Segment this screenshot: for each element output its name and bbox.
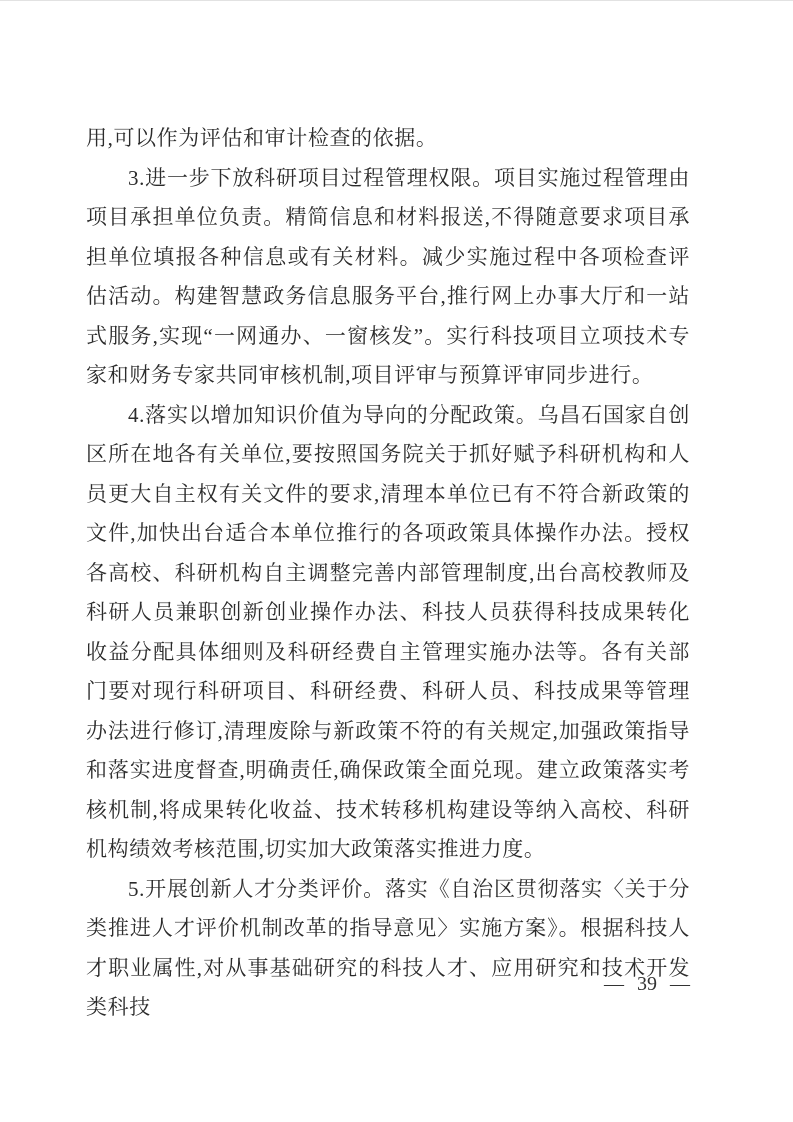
page-number-left-dash: — <box>604 969 624 999</box>
page-number-right-dash: — <box>670 969 690 999</box>
paragraph-continuation: 用,可以作为评估和审计检查的依据。 <box>86 119 690 159</box>
page-number-value: 39 <box>637 969 657 999</box>
body-text: 用,可以作为评估和审计检查的依据。 3.进一步下放科研项目过程管理权限。项目实施… <box>86 119 690 1028</box>
paragraph-item-4: 4.落实以增加知识价值为导向的分配政策。乌昌石国家自创区所在地各有关单位,要按照… <box>86 396 690 870</box>
paragraph-item-3: 3.进一步下放科研项目过程管理权限。项目实施过程管理由项目承担单位负责。精简信息… <box>86 159 690 396</box>
paragraph-item-5: 5.开展创新人才分类评价。落实《自治区贯彻落实〈关于分类推进人才评价机制改革的指… <box>86 870 690 1028</box>
page-number: — 39 — <box>604 969 690 999</box>
